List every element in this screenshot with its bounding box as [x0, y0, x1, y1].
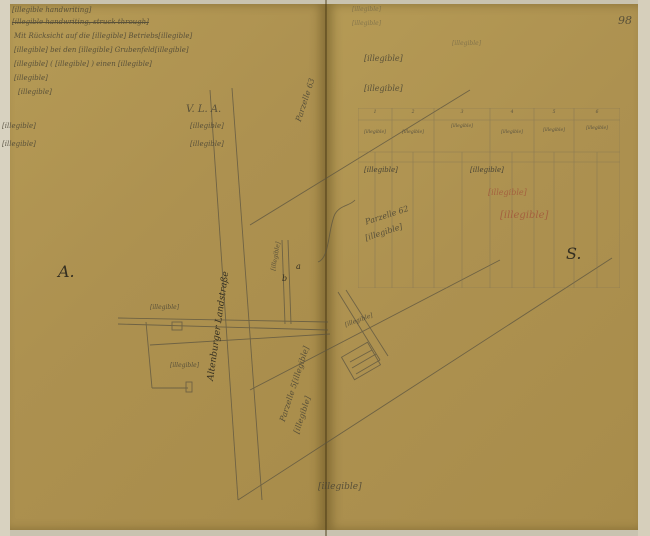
- document-scan: [illegible handwriting] [illegible handw…: [0, 0, 650, 536]
- point-label-b: b: [282, 274, 287, 283]
- column-header: [illegible]: [358, 130, 392, 136]
- note-line: [illegible] ( [illegible] ) einen [illeg…: [14, 60, 152, 68]
- subtitle: [illegible]: [364, 84, 403, 93]
- red-annotation: [illegible]: [488, 188, 527, 197]
- building-label: [illegible]: [170, 362, 199, 369]
- signature-line: [illegible]: [190, 122, 224, 130]
- note-line: Mit Rücksicht auf die [illegible] Betrie…: [14, 32, 192, 40]
- note-line: [illegible] bei den [illegible] Grubenfe…: [14, 46, 189, 54]
- column-number: 4: [490, 110, 534, 116]
- title: [illegible]: [364, 54, 403, 63]
- map-marker: A.: [58, 262, 75, 281]
- red-annotation: [illegible]: [500, 210, 548, 221]
- column-header: [illegible]: [574, 126, 620, 132]
- column-number: 6: [574, 110, 620, 116]
- column-header: [illegible]: [434, 124, 490, 130]
- note-line: [illegible]: [14, 74, 48, 82]
- note-line: [illegible handwriting]: [12, 6, 91, 14]
- signature-line: V. L. A.: [186, 104, 221, 115]
- margin-note: [illegible]: [2, 122, 36, 130]
- page-number: 98: [618, 14, 632, 27]
- column-header: [illegible]: [534, 128, 574, 134]
- page-fold: [325, 0, 327, 536]
- header-line: [illegible]: [452, 40, 481, 47]
- scan-border-left: [0, 0, 10, 536]
- lower-marker: [illegible]: [318, 482, 362, 492]
- column-number: 1: [358, 110, 392, 116]
- header-line: [illegible]: [352, 6, 381, 13]
- note-line: [illegible]: [18, 88, 52, 96]
- note-line-struck: [illegible handwriting, struck through]: [12, 18, 149, 26]
- column-number: 3: [434, 110, 490, 116]
- ledger-cell: [illegible]: [364, 166, 398, 174]
- column-header: [illegible]: [490, 130, 534, 136]
- signature-line: [illegible]: [190, 140, 224, 148]
- building-label: [illegible]: [150, 304, 179, 311]
- margin-note: [illegible]: [2, 140, 36, 148]
- initial-signature: S.: [566, 244, 581, 263]
- scan-border-right: [638, 0, 650, 536]
- header-line: [illegible]: [352, 20, 381, 27]
- column-number: 2: [392, 110, 434, 116]
- point-label-a: a: [296, 262, 301, 271]
- column-header: [illegible]: [392, 130, 434, 136]
- column-number: 5: [534, 110, 574, 116]
- ledger-cell: [illegible]: [470, 166, 504, 174]
